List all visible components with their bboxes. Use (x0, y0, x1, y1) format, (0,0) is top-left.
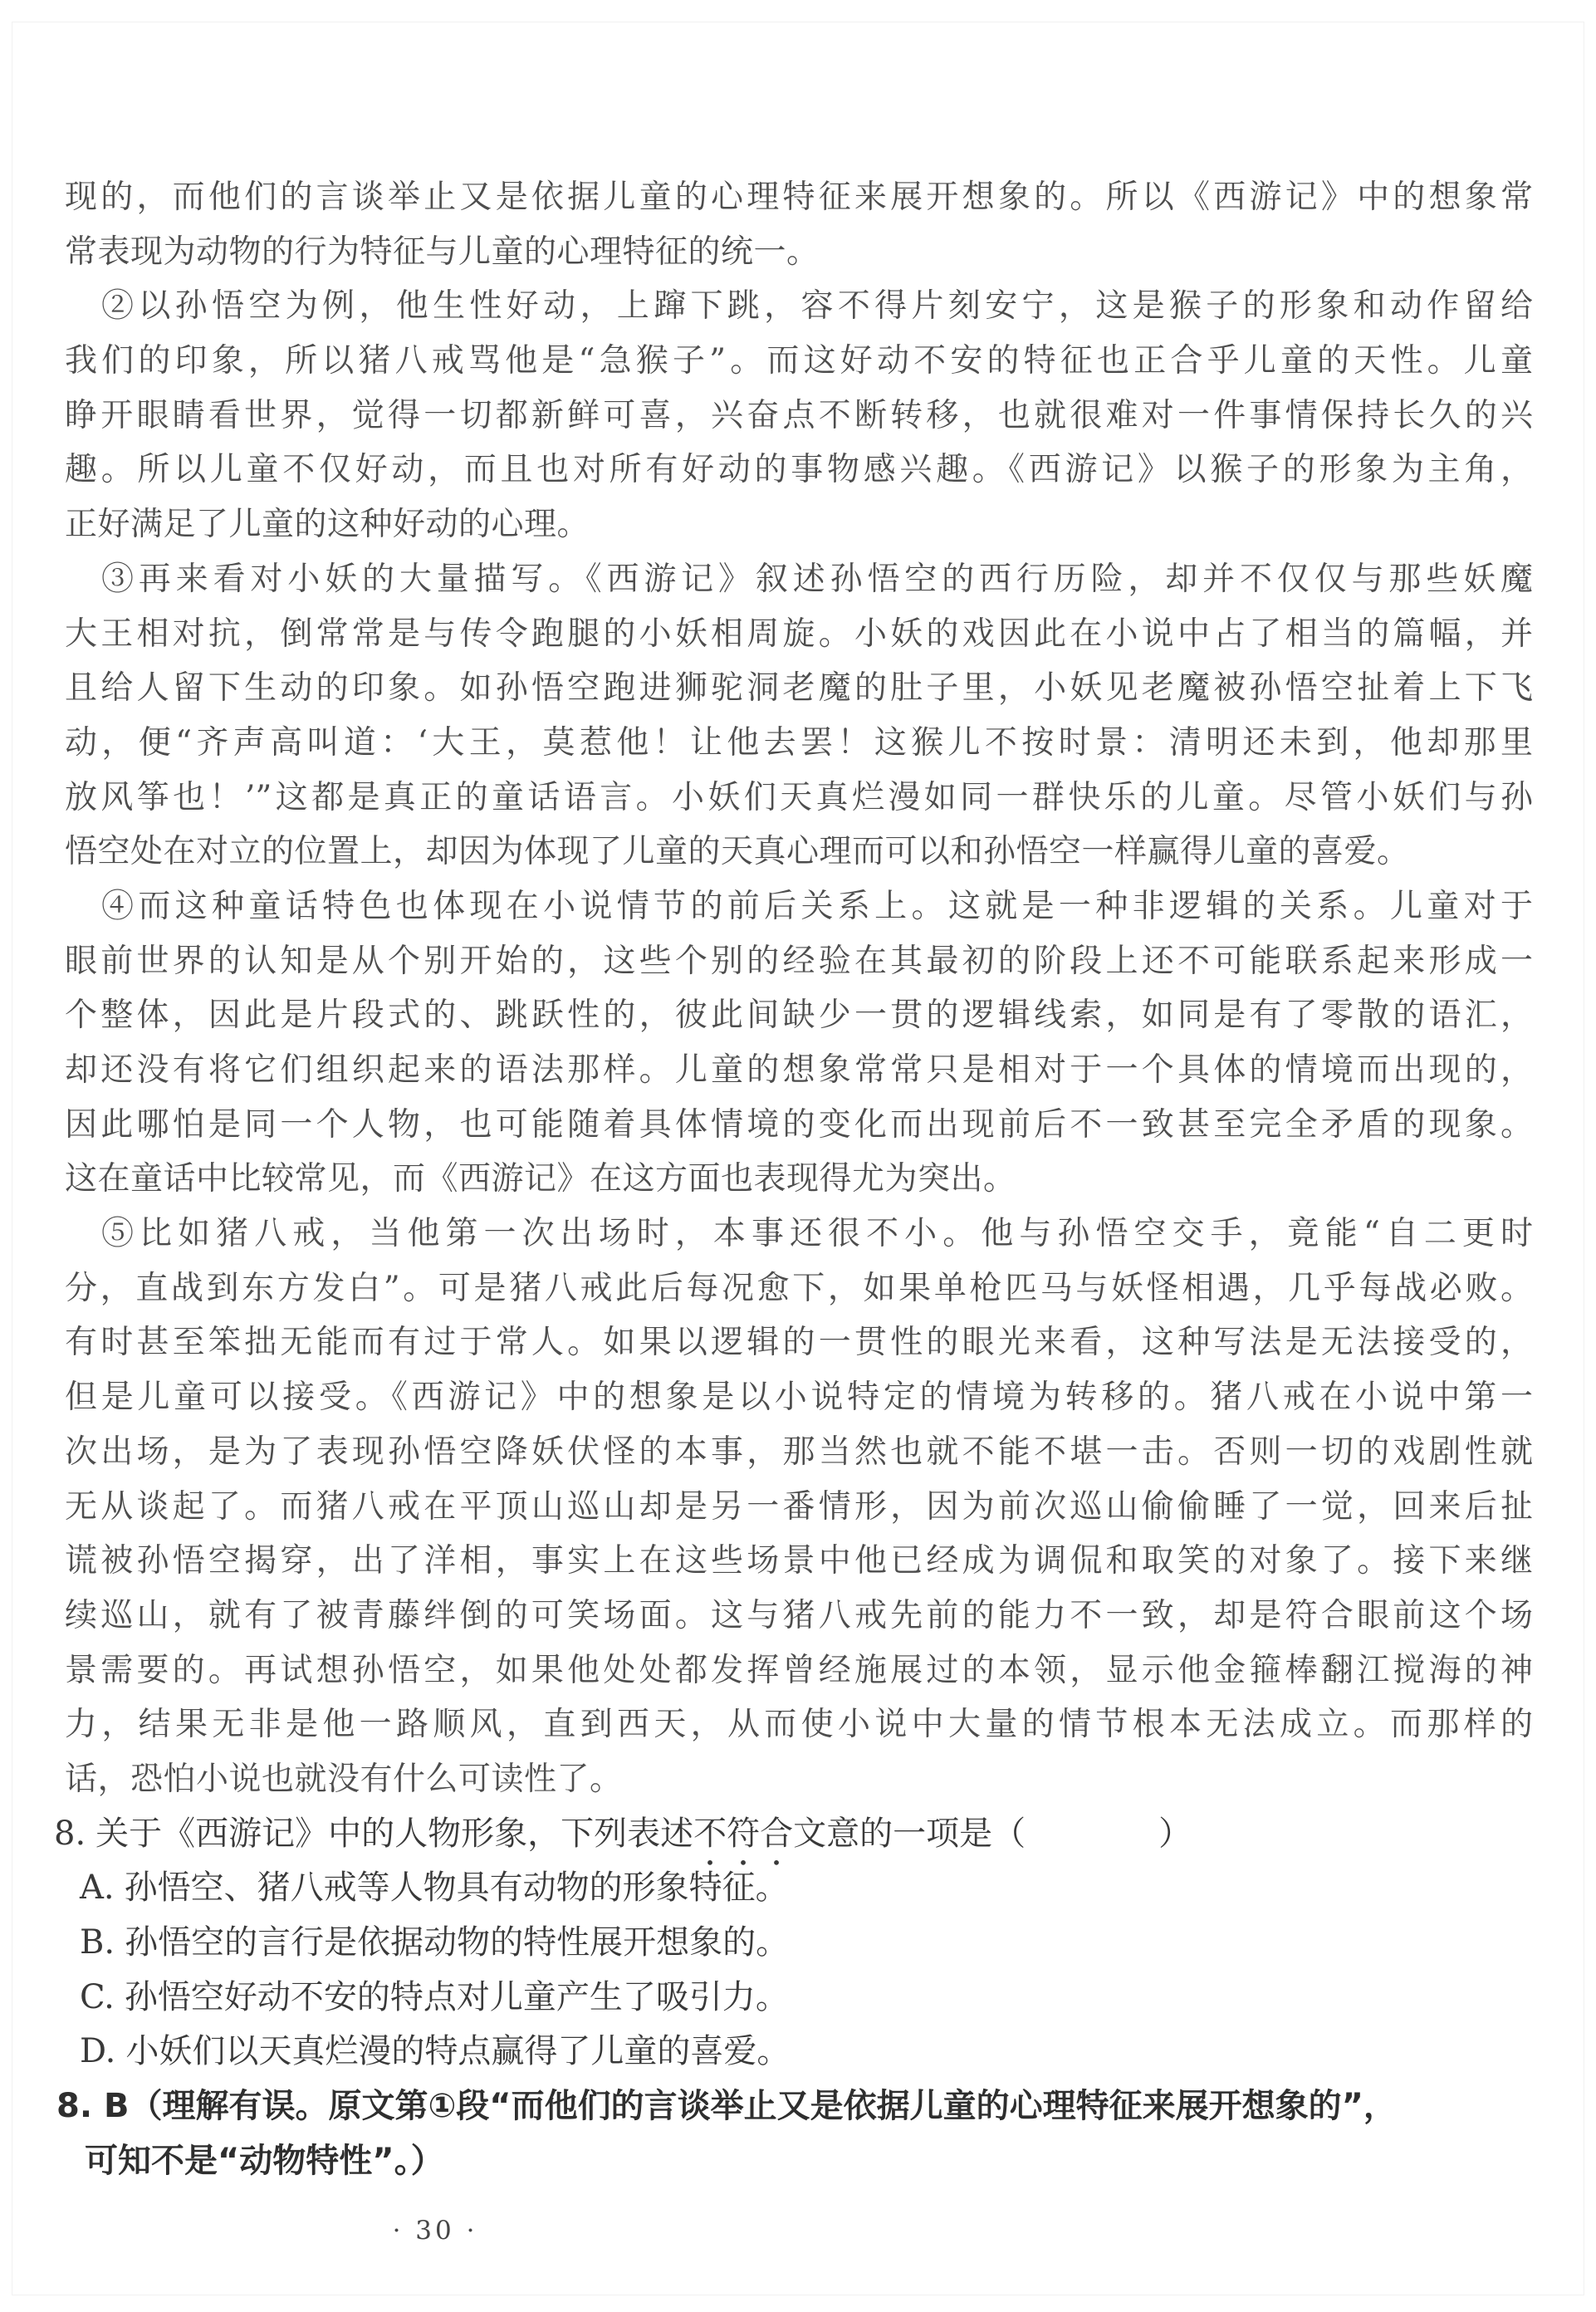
option-b-label: B. (80, 1923, 115, 1962)
passage-line: 因此哪怕是同一个人物，也可能随着具体情境的变化而出现前后不一致甚至完全矛盾的现象… (65, 1098, 1533, 1153)
passage-line: 续巡山，就有了被青藤绊倒的可笑场面。这与猪八戒先前的能力不一致，却是符合眼前这个… (65, 1589, 1533, 1643)
passage-line: 常表现为动物的行为特征与儿童的心理特征的统一。 (65, 225, 1533, 280)
passage-line: 正好满足了儿童的这种好动的心理。 (65, 497, 1533, 552)
passage-line: ④而这种童话特色也体现在小说情节的前后关系上。这就是一种非逻辑的关系。儿童对于 (65, 879, 1533, 934)
option-a: A.孙悟空、猪八戒等人物具有动物的形象特征。 (65, 1861, 1533, 1916)
question-stem-pre: 关于《西游记》中的人物形象，下列表述 (95, 1815, 693, 1853)
option-a-label: A. (80, 1869, 115, 1907)
answer-line: 8. B（理解有误。原文第①段“而他们的言谈举止又是依据儿童的心理特征来展开想象… (56, 2079, 1533, 2134)
passage-line: 谎被孙悟空揭穿，出了洋相，事实上在这些场景中他已经成为调侃和取笑的对象了。接下来… (65, 1534, 1533, 1589)
passage-line: 次出场，是为了表现孙悟空降妖伏怪的本事，那当然也就不能不堪一击。否则一切的戏剧性… (65, 1425, 1533, 1480)
passage-line: 悟空处在对立的位置上，却因为体现了儿童的天真心理而可以和孙悟空一样赢得儿童的喜爱… (65, 825, 1533, 879)
passage-line: 放风筝也！’”这都是真正的童话语言。小妖们天真烂漫如同一群快乐的儿童。尽管小妖们… (65, 771, 1533, 825)
reading-passage: 现的，而他们的言谈举止又是依据儿童的心理特征来展开想象的。所以《西游记》中的想象… (65, 170, 1533, 2188)
passage-line: 但是儿童可以接受。《西游记》中的想象是以小说特定的情境为转移的。猪八戒在小说中第… (65, 1370, 1533, 1425)
passage-line: 却还没有将它们组织起来的语法那样。儿童的想象常常只是相对于一个具体的情境而出现的… (65, 1043, 1533, 1098)
question-stem-post: 文意的一项是（ ） (793, 1815, 1192, 1853)
passage-line: 动，便“齐声高叫道：‘大王，莫惹他！让他去罢！这猴儿不按时景：清明还未到，他却那… (65, 716, 1533, 771)
question-stem-emphasis: 不符合 (693, 1815, 793, 1853)
passage-line: 睁开眼睛看世界，觉得一切都新鲜可喜，兴奋点不断转移，也就很难对一件事情保持长久的… (65, 389, 1533, 443)
option-c-text: 孙悟空好动不安的特点对儿童产生了吸引力。 (125, 1978, 789, 2016)
passage-line: 且给人留下生动的印象。如孙悟空跑进狮驼洞老魔的肚子里，小妖见老魔被孙悟空扯着上下… (65, 661, 1533, 716)
option-c: C.孙悟空好动不安的特点对儿童产生了吸引力。 (65, 1971, 1533, 2025)
passage-line: ⑤比如猪八戒，当他第一次出场时，本事还很不小。他与孙悟空交手，竟能“自二更时 (65, 1207, 1533, 1261)
option-d-text: 小妖们以天真烂漫的特点赢得了儿童的喜爱。 (125, 2032, 790, 2070)
page-number: · 30 · (352, 2216, 518, 2246)
passage-line: 景需要的。再试想孙悟空，如果他处处都发挥曾经施展过的本领，显示他金箍棒翻江搅海的… (65, 1643, 1533, 1698)
passage-line: 眼前世界的认知是从个别开始的，这些个别的经验在其最初的阶段上还不可能联系起来形成… (65, 934, 1533, 989)
passage-line: 分，直战到东方发白”。可是猪八戒此后每况愈下，如果单枪匹马与妖怪相遇，几乎每战必… (65, 1261, 1533, 1316)
passage-line: 个整体，因此是片段式的、跳跃性的，彼此间缺少一贯的逻辑线索，如同是有了零散的语汇… (65, 988, 1533, 1043)
option-b-text: 孙悟空的言行是依据动物的特性展开想象的。 (125, 1923, 789, 1962)
passage-line: 无从谈起了。而猪八戒在平顶山巡山却是另一番情形，因为前次巡山偷偷睡了一觉，回来后… (65, 1480, 1533, 1535)
question-8-stem: 8.关于《西游记》中的人物形象，下列表述不符合文意的一项是（ ） (54, 1807, 1533, 1862)
passage-line: 现的，而他们的言谈举止又是依据儿童的心理特征来展开想象的。所以《西游记》中的想象… (65, 170, 1533, 225)
passage-line: ③再来看对小妖的大量描写。《西游记》叙述孙悟空的西行历险，却并不仅仅与那些妖魔 (65, 552, 1533, 607)
passage-line: 趣。所以儿童不仅好动，而且也对所有好动的事物感兴趣。《西游记》以猴子的形象为主角… (65, 443, 1533, 497)
option-b: B.孙悟空的言行是依据动物的特性展开想象的。 (65, 1916, 1533, 1971)
passage-line: 有时甚至笨拙无能而有过于常人。如果以逻辑的一贯性的眼光来看，这种写法是无法接受的… (65, 1315, 1533, 1370)
answer-line: 可知不是“动物特性”。） (85, 2134, 1533, 2189)
passage-line: 这在童话中比较常见，而《西游记》在这方面也表现得尤为突出。 (65, 1152, 1533, 1207)
option-d: D.小妖们以天真烂漫的特点赢得了儿童的喜爱。 (65, 2025, 1533, 2079)
option-d-label: D. (80, 2032, 115, 2070)
passage-line: 话，恐怕小说也就没有什么可读性了。 (65, 1752, 1533, 1807)
page-sheet: 现的，而他们的言谈举止又是依据儿童的心理特征来展开想象的。所以《西游记》中的想象… (0, 0, 1596, 2312)
passage-line: 大王相对抗，倒常常是与传令跑腿的小妖相周旋。小妖的戏因此在小说中占了相当的篇幅，… (65, 607, 1533, 662)
passage-line: ②以孙悟空为例，他生性好动，上蹿下跳，容不得片刻安宁，这是猴子的形象和动作留给 (65, 279, 1533, 334)
option-a-text: 孙悟空、猪八戒等人物具有动物的形象特征。 (125, 1869, 789, 1907)
question-number: 8. (54, 1815, 86, 1853)
passage-line: 我们的印象，所以猪八戒骂他是“急猴子”。而这好动不安的特征也正合乎儿童的天性。儿… (65, 334, 1533, 389)
passage-line: 力，结果无非是他一路顺风，直到西天，从而使小说中大量的情节根本无法成立。而那样的 (65, 1697, 1533, 1752)
option-c-label: C. (80, 1978, 115, 2016)
